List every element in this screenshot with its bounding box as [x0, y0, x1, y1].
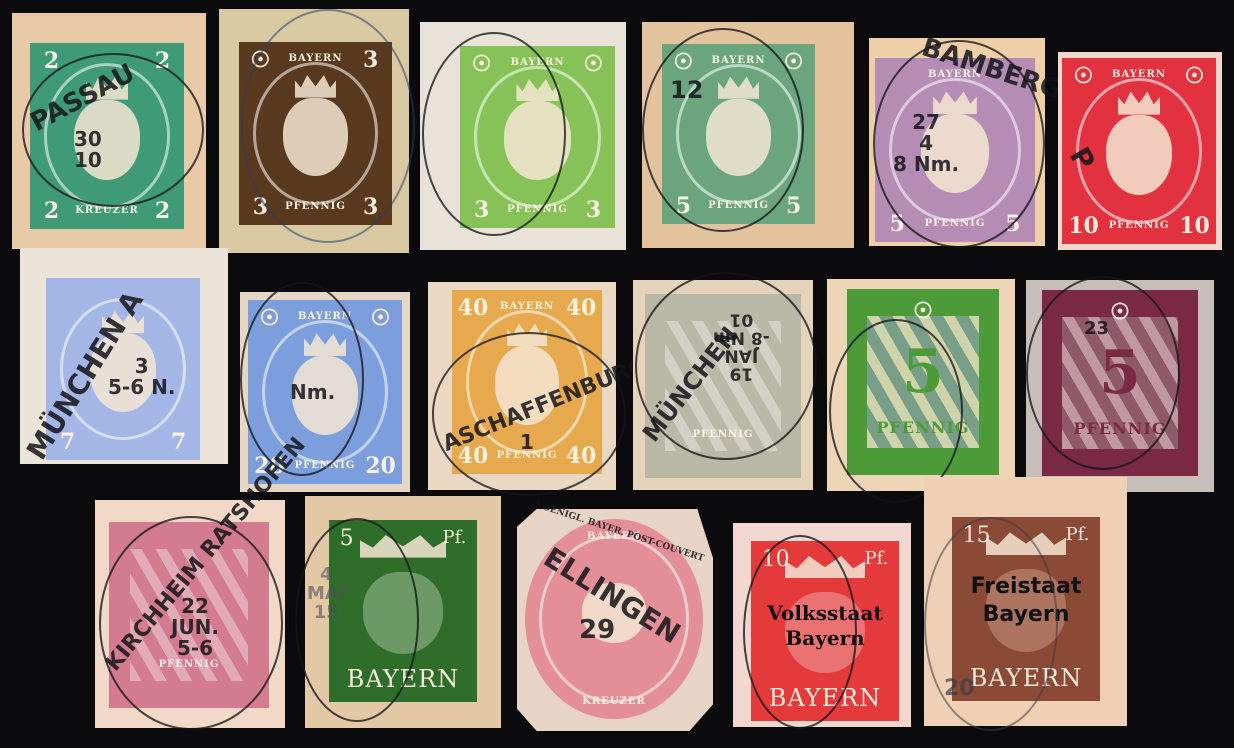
stamp-5-pfennig-purple-numeral: ☉ 5 PFENNIG 23 [1026, 280, 1214, 492]
coat-of-arms-icon [292, 356, 358, 435]
coat-of-arms-icon [90, 333, 156, 411]
coat-of-arms-icon [1106, 115, 1172, 195]
stamp-3-pfennig-light-green: BAYERN ☉☉ 33 PFENNIG [420, 22, 626, 250]
posthorn-icon: ☉ [1178, 65, 1211, 87]
stamp-frame: BAYERN KREUZER [525, 519, 703, 719]
posthorn-icon: ☉ [1102, 301, 1138, 323]
stamp-frame: BAYERN ☉☉ 2020 PFENNIG [248, 300, 402, 484]
coat-of-arms-icon [363, 572, 444, 654]
coat-of-arms-icon [283, 98, 349, 177]
stamp-frame: ☉ 5 PFENNIG [847, 289, 999, 475]
stamp-frame: BAYERN ☉3 33 PFENNIG [239, 42, 392, 225]
crown-icon [785, 554, 866, 579]
stamp-40-pfennig-orange: BAYERN 4040 4040 PFENNIG ASCHAFFENBURG 1 [428, 282, 616, 490]
coat-of-arms-icon [74, 100, 140, 180]
stamp-15-pf-freistaat: 15 Pf. BAYERN Freistaat Bayern 20 [924, 477, 1127, 726]
overprint-line-2: Bayern [753, 626, 897, 651]
posthorn-icon: ☉ [777, 51, 810, 73]
stamp-frame: 5 Pf. BAYERN [329, 520, 477, 702]
stamp-5-pfennig-green-numeral: ☉ 5 PFENNIG [827, 279, 1015, 491]
coat-of-arms-icon [582, 583, 646, 643]
stamp-frame: ☉ 5 PFENNIG [1042, 290, 1198, 476]
stamp-pfennig-rose: PFENNIG KIRCHHEIM RATSHOFEN 22 JUN. 5-6 [95, 500, 285, 728]
posthorn-icon: ☉ [577, 53, 610, 75]
stamp-10-pf-volksstaat: 10 Pf. BAYERN Volksstaat Bayern [733, 523, 911, 727]
stamp-5-pfennig-lilac: BAYERN 55 PFENNIG BAMBERG 27 4 8 Nm. [869, 38, 1045, 246]
stamp-frame: BAYERN ☉☉ 33 PFENNIG [460, 46, 615, 228]
stamp-frame: 77 [46, 278, 200, 460]
stamp-10-pfennig-red: BAYERN ☉☉ 1010 PFENNIG P [1058, 52, 1222, 250]
crown-icon [360, 533, 446, 558]
stamp-5-pf-dark-green: 5 Pf. BAYERN 4 MAI 15 [305, 496, 501, 728]
stamp-frame: BAYERN 55 PFENNIG [875, 58, 1035, 242]
stamp-7-kreuzer-blue: 77 MÜNCHEN A 3 5-6 N. [20, 248, 228, 464]
stamp-frame: PFENNIG [109, 522, 269, 708]
stamp-frame: BAYERN ☉☉ 55 PFENNIG [662, 44, 815, 224]
coat-of-arms-icon [495, 346, 559, 425]
stamp-kreuzer-oval-embossed: BAYERN KREUZER KOENIGL. BAYER. POST-COUV… [517, 509, 713, 731]
stamp-5-pfennig-green: BAYERN ☉☉ 55 PFENNIG 12 [642, 22, 854, 248]
overprint-line-1: Volksstaat [753, 601, 897, 626]
posthorn-icon: ☉ [253, 307, 286, 329]
coat-of-arms-icon [921, 114, 990, 193]
stamp-3-pfennig-brown: BAYERN ☉3 33 PFENNIG [219, 9, 409, 253]
posthorn-icon: ☉ [667, 51, 700, 73]
stamp-frame: PFENNIG [645, 294, 801, 478]
stamp-frame: 10 Pf. BAYERN Volksstaat Bayern [751, 541, 899, 721]
coat-of-arms-icon [504, 101, 570, 179]
posthorn-icon: ☉ [905, 300, 941, 322]
stamp-2-kreuzer-green: 22 22 KREUZER PASSAU 30 10 [12, 13, 206, 249]
posthorn-icon: ☉ [1067, 65, 1100, 87]
stamp-frame: BAYERN ☉☉ 1010 PFENNIG [1062, 58, 1216, 244]
stamp-frame: BAYERN 4040 4040 PFENNIG [452, 290, 602, 474]
crown-icon [986, 530, 1067, 555]
stamp-frame: 22 22 KREUZER [30, 43, 184, 229]
posthorn-icon: ☉ [364, 307, 397, 329]
posthorn-icon: ☉ [244, 49, 277, 71]
stamp-20-pfennig-blue: BAYERN ☉☉ 2020 PFENNIG Nm. [240, 292, 410, 492]
stamp-frame: 15 Pf. BAYERN Freistaat Bayern [952, 517, 1100, 701]
posthorn-icon: ☉ [465, 53, 498, 75]
overprint-line-2: Bayern [954, 601, 1098, 629]
stamp-pfennig-grey: PFENNIG MÜNCHEN 19 JAN -8 Nm 01 [633, 280, 813, 490]
coat-of-arms-icon [706, 99, 772, 176]
overprint-line-1: Freistaat [954, 573, 1098, 601]
